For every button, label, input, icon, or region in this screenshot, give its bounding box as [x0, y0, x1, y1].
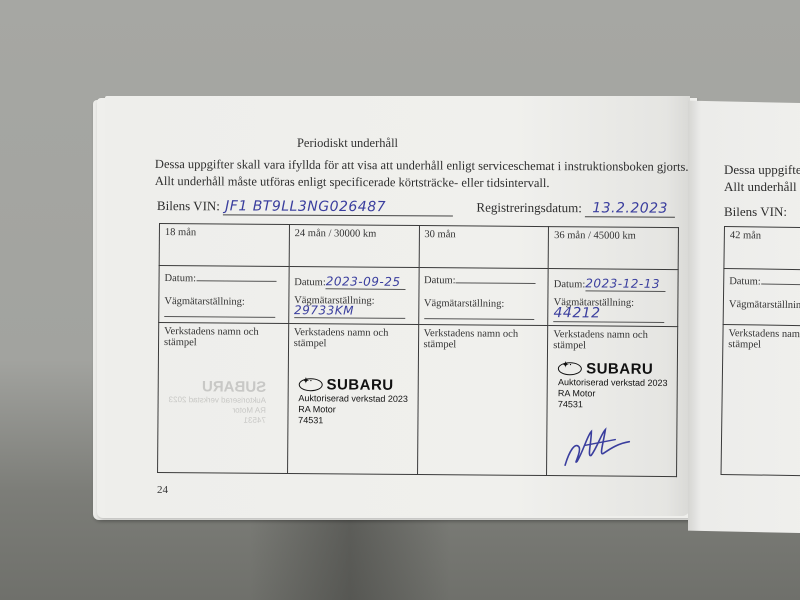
registration-label: Registreringsdatum: — [476, 200, 582, 217]
page-title: Periodiskt underhåll — [105, 136, 590, 151]
workshop-label: Verkstadens namn och — [424, 328, 543, 340]
service-cell: Datum: Vägmätarställning: — [723, 269, 800, 327]
workshop-cell: Verkstadens namn och stämpel — [417, 325, 548, 476]
workshop-label: stämpel — [294, 338, 413, 350]
odometer-blank — [553, 321, 664, 323]
workshop-label: stämpel — [553, 340, 672, 352]
vin-row: Bilens VIN: JF1 BT9LL3NG026487 Registrer… — [157, 198, 675, 218]
date-label: Datum: — [294, 277, 326, 288]
date-label: Datum: — [729, 276, 761, 287]
page-number: 24 — [157, 484, 168, 496]
workshop-label: Verkstadens namn och — [164, 326, 283, 338]
workshop-cell: Verkstadens namn och stämpel — [721, 324, 800, 476]
date-value: 2023-12-13 — [585, 276, 665, 292]
odometer-label: Vägmätarställning: — [729, 299, 800, 312]
odometer-label: Vägmätarställning: — [164, 296, 283, 308]
date-label: Datum: — [424, 275, 456, 286]
odometer-label: Vägmätarställning: — [424, 298, 543, 310]
next-page-intro: Allt underhåll — [724, 179, 797, 195]
date-blank — [761, 284, 800, 286]
workshop-cell: Verkstadens namn och stämpel SUBARU Aukt… — [547, 326, 678, 477]
show-through-stamp: SUBARU Auktoriserad verkstad 2023 RA Mot… — [168, 378, 266, 426]
workshop-cell: Verkstadens namn och stämpel SUBARU Aukt… — [158, 323, 289, 474]
next-page-intro: Dessa uppgifter — [724, 162, 800, 178]
workshop-label: stämpel — [164, 337, 283, 349]
vin-value: JF1 BT9LL3NG026487 — [223, 198, 453, 216]
stamp-line: Auktoriserad verkstad 2023 — [558, 377, 668, 389]
service-interval: 36 mån / 45000 km — [548, 227, 678, 270]
next-page-vin-label: Bilens VIN: — [724, 204, 787, 220]
stamp-line: RA Motor — [558, 388, 668, 400]
date-blank — [456, 282, 536, 284]
table-shadow — [250, 520, 450, 600]
next-page-table: 42 mån Datum: Vägmätarställning: Verksta… — [721, 226, 800, 477]
ghost-line: Auktoriserad verkstad 2023 — [169, 395, 266, 406]
odometer-blank — [424, 309, 535, 320]
stamp-line: 74531 — [558, 399, 668, 411]
workshop-label: Verkstadens namn och — [553, 329, 672, 341]
stamp-brand: SUBARU — [586, 360, 653, 378]
intro-line: Allt underhåll måste utföras enligt spec… — [155, 173, 689, 193]
service-cell: Datum:2023-09-25 Vägmätarställning: 2973… — [288, 267, 418, 325]
service-interval: 30 mån — [419, 226, 549, 269]
subaru-logo-icon — [298, 378, 322, 391]
signature-icon — [557, 421, 647, 472]
workshop-stamp: SUBARU Auktoriserad verkstad 2023 RA Mot… — [298, 376, 408, 427]
service-cell: Datum:2023-12-13 Vägmätarställning: 4421… — [548, 269, 678, 327]
odometer-value: 29733KM — [294, 303, 413, 318]
service-cell: Datum: Vägmätarställning: — [418, 268, 548, 326]
workshop-cell: Verkstadens namn och stämpel SUBARU Aukt… — [287, 324, 418, 475]
date-label: Datum: — [165, 273, 197, 284]
stamp-line: RA Motor — [298, 404, 408, 416]
vin-label: Bilens VIN: — [157, 198, 220, 214]
service-interval: 42 mån — [724, 227, 800, 271]
intro-text: Dessa uppgifter skall vara ifyllda för a… — [155, 156, 689, 193]
workshop-label: stämpel — [728, 339, 800, 352]
ghost-line: 74531 — [168, 415, 265, 426]
date-blank — [196, 280, 276, 282]
service-table: 18 mån 24 mån / 30000 km 30 mån 36 mån /… — [157, 223, 679, 477]
registration-value: 13.2.2023 — [585, 200, 675, 217]
subaru-logo-icon — [558, 362, 582, 375]
stamp-line: 74531 — [298, 415, 408, 427]
service-interval: 24 mån / 30000 km — [289, 225, 419, 268]
stamp-line: Auktoriserad verkstad 2023 — [298, 393, 408, 405]
service-cell: Datum: Vägmätarställning: — [159, 266, 289, 324]
date-label: Datum: — [554, 279, 586, 290]
odometer-blank — [164, 307, 275, 318]
workshop-label: stämpel — [424, 339, 543, 351]
date-value: 2023-09-25 — [326, 274, 406, 290]
ghost-brand: SUBARU — [169, 378, 267, 396]
service-interval: 18 mån — [159, 224, 289, 267]
workshop-stamp: SUBARU Auktoriserad verkstad 2023 RA Mot… — [558, 360, 668, 411]
stamp-brand: SUBARU — [326, 376, 393, 394]
